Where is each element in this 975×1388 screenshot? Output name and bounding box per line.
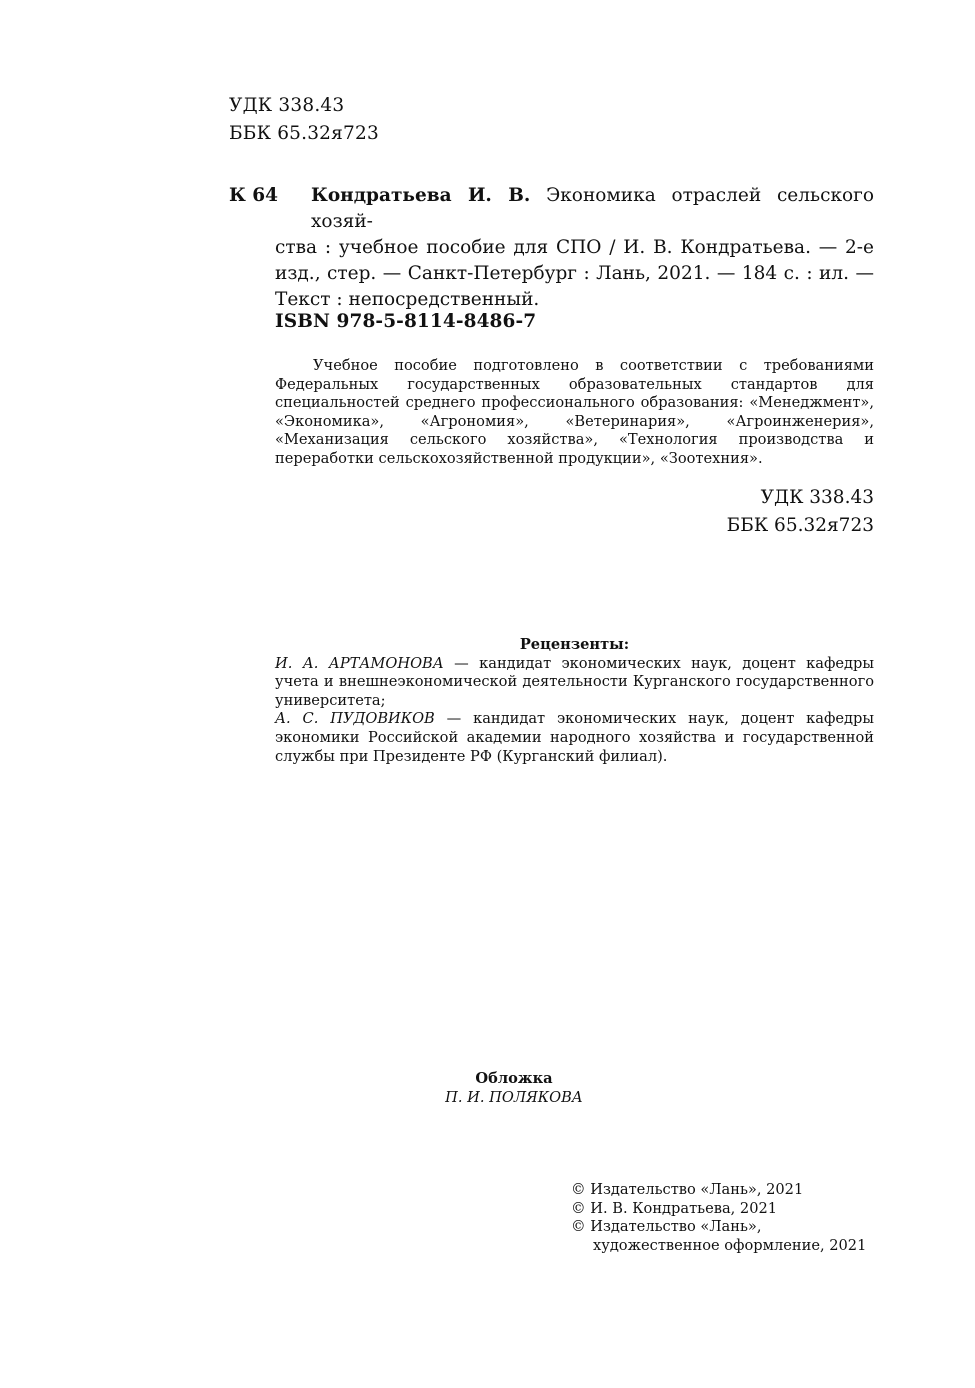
- cover-credit: Обложка П. И. ПОЛЯКОВА: [275, 1070, 753, 1107]
- reviewer-entry: А. С. ПУДОВИКОВ — кандидат экономических…: [275, 710, 874, 766]
- reviewers-section: Рецензенты: И. А. АРТАМОНОВА — кандидат …: [275, 636, 874, 766]
- reviewers-heading: Рецензенты:: [275, 636, 874, 655]
- bottom-classification: УДК 338.43 ББК 65.32я723: [727, 484, 874, 540]
- reviewer-name: И. А. АРТАМОНОВА: [275, 655, 444, 672]
- copyright-line: © И. В. Кондратьева, 2021: [571, 1200, 866, 1219]
- udk-code: УДК 338.43: [229, 92, 379, 120]
- reviewer-name: А. С. ПУДОВИКОВ: [275, 710, 435, 727]
- book-imprint-page: УДК 338.43 ББК 65.32я723 К 64 Кондратьев…: [0, 0, 975, 1388]
- cover-label: Обложка: [275, 1070, 753, 1089]
- copyright-block: © Издательство «Лань», 2021 © И. В. Конд…: [571, 1181, 866, 1255]
- record-continuation: ства : учебное пособие для СПО / И. В. К…: [275, 235, 874, 313]
- udk-code: УДК 338.43: [727, 484, 874, 512]
- isbn: ISBN 978-5-8114-8486-7: [275, 311, 536, 332]
- copyright-line: © Издательство «Лань», 2021: [571, 1181, 866, 1200]
- bbk-code: ББК 65.32я723: [727, 512, 874, 540]
- reviewer-entry: И. А. АРТАМОНОВА — кандидат экономически…: [275, 655, 874, 711]
- record-first-line: Кондратьева И. В. Экономика отраслей сел…: [275, 183, 874, 235]
- bibliographic-record: Кондратьева И. В. Экономика отраслей сел…: [275, 183, 874, 313]
- author-mark: К 64: [229, 183, 278, 209]
- cover-designer: П. И. ПОЛЯКОВА: [275, 1089, 753, 1108]
- copyright-line: © Издательство «Лань»,: [571, 1218, 866, 1237]
- annotation: Учебное пособие подготовлено в соответст…: [275, 357, 874, 469]
- record-author: Кондратьева И. В.: [311, 185, 530, 206]
- copyright-line: художественное оформление, 2021: [571, 1237, 866, 1256]
- bbk-code: ББК 65.32я723: [229, 120, 379, 148]
- top-classification: УДК 338.43 ББК 65.32я723: [229, 92, 379, 148]
